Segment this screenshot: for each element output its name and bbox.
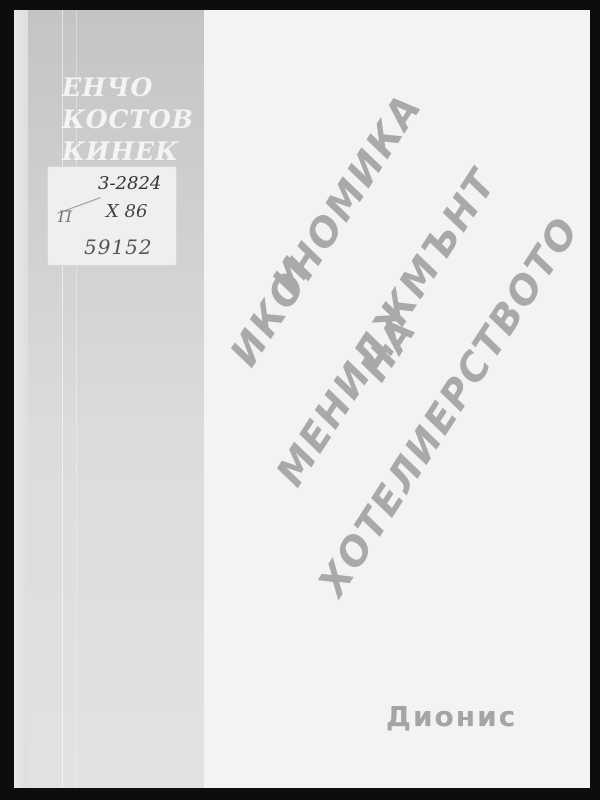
label-line-2: Х 86 (106, 201, 147, 222)
publisher-name: Дионис (386, 700, 517, 733)
author-line: КИНЕК (62, 136, 215, 168)
label-line-3: 59152 (84, 235, 153, 259)
author-name: ЕНЧО КОСТОВ - КИНЕК (62, 72, 215, 168)
label-line-1: 3-2824 (98, 173, 161, 194)
cover-edge (14, 10, 28, 788)
author-line: ЕНЧО (62, 72, 215, 104)
author-line: КОСТОВ - (62, 104, 215, 136)
book-cover: ЕНЧО КОСТОВ - КИНЕК 3-2824 П Х 86 59152 … (14, 10, 590, 788)
library-label: 3-2824 П Х 86 59152 (47, 166, 177, 266)
label-line-2-prefix: П (58, 207, 72, 226)
